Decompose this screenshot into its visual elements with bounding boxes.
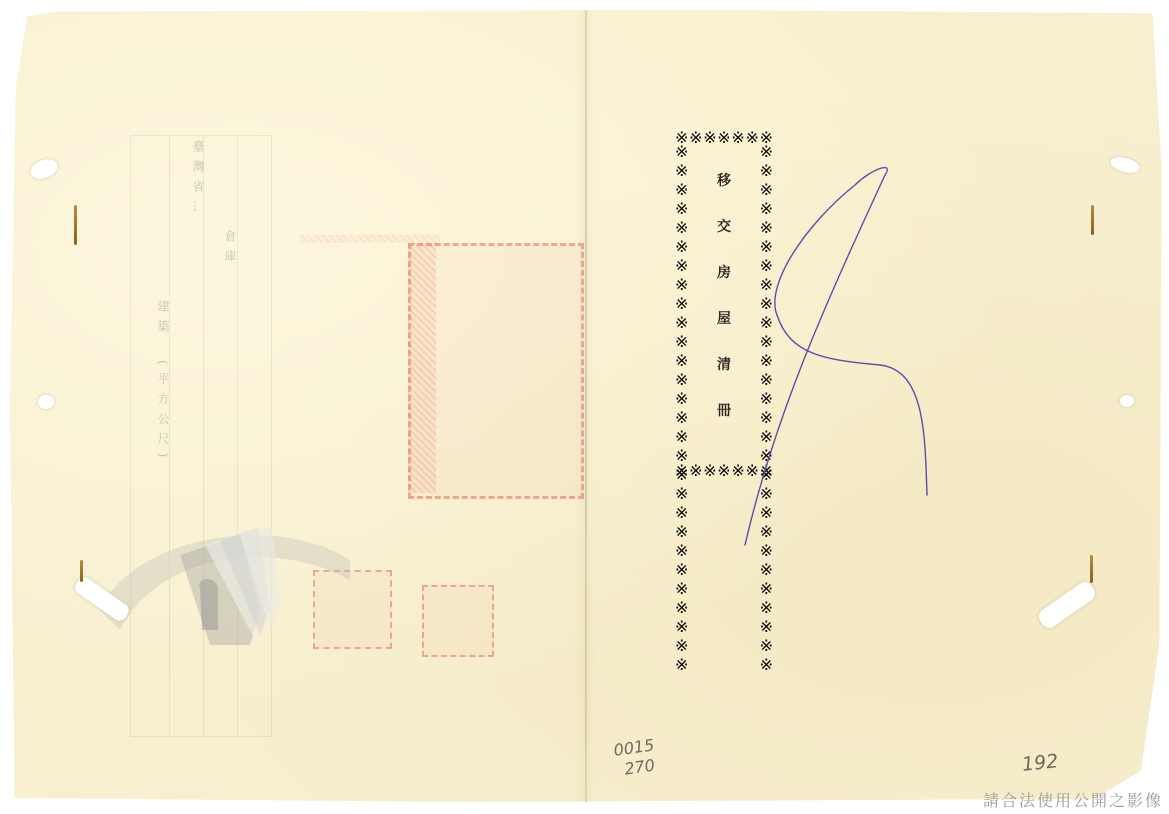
ornament-icon: ※ (760, 142, 773, 161)
title-char: 屋 (717, 308, 731, 328)
title-char: 交 (717, 216, 731, 236)
ornament-icon: ※ (760, 636, 773, 655)
red-stamp-small (422, 585, 494, 657)
ornament-icon: ※ (675, 484, 688, 503)
ornament-icon: ※ (675, 237, 688, 256)
title-char: 冊 (717, 400, 731, 420)
ornament-icon: ※ (675, 598, 688, 617)
ghost-text: 倉庫 (222, 230, 239, 270)
ornament-icon: ※ (675, 655, 688, 674)
ornament-icon: ※ (760, 579, 773, 598)
ornament-icon: ※ (731, 128, 744, 147)
ornament-icon: ※ (717, 128, 730, 147)
bleed-through-table (130, 135, 272, 737)
ornament-icon: ※ (689, 461, 702, 480)
ornament-icon: ※ (675, 560, 688, 579)
binding-tear (1120, 395, 1134, 407)
ornament-icon: ※ (675, 199, 688, 218)
title-char: 房 (717, 262, 731, 282)
ornament-icon: ※ (675, 313, 688, 332)
ornament-icon: ※ (675, 522, 688, 541)
ornament-icon: ※ (675, 218, 688, 237)
binding-rust-mark (74, 205, 77, 245)
ornament-icon: ※ (675, 465, 688, 484)
ornament-icon: ※ (675, 161, 688, 180)
ornament-icon: ※ (675, 617, 688, 636)
table-divider (237, 136, 238, 736)
ornament-icon: ※ (675, 256, 688, 275)
ghost-text: (平方公尺) (155, 360, 172, 465)
ornament-icon: ※ (675, 427, 688, 446)
ornament-icon: ※ (675, 408, 688, 427)
binding-tear (38, 395, 54, 409)
ornament-icon: ※ (745, 128, 758, 147)
ornament-icon: ※ (717, 461, 730, 480)
ornament-icon: ※ (760, 655, 773, 674)
ornament-icon: ※ (675, 503, 688, 522)
ornament-icon: ※ (675, 446, 688, 465)
handwritten-page-number: 192 (1021, 750, 1059, 776)
table-divider (203, 136, 204, 736)
ornament-icon: ※ (703, 128, 716, 147)
usage-notice: 請合法使用公開之影像 (983, 788, 1163, 811)
ornament-icon: ※ (675, 294, 688, 313)
ornament-icon: ※ (675, 142, 688, 161)
ornament-icon: ※ (760, 560, 773, 579)
ornament-icon: ※ (675, 332, 688, 351)
ornament-icon: ※ (675, 351, 688, 370)
frame-left-border: ※※※※※※※※※※※※※※※※※※※※※※※※※※※※ (675, 142, 688, 466)
pen-mark-nine (735, 165, 935, 550)
scanned-document: 臺灣省… 倉庫 建築 (平方公尺) ※※※※※※※ ※※※※※※※ ※※※※※※… (0, 0, 1169, 814)
handwritten-archive-number: 0015 270 (612, 735, 658, 780)
frame-top-border: ※※※※※※※ (675, 128, 773, 147)
ornament-icon: ※ (675, 370, 688, 389)
binding-rust-mark (1090, 555, 1093, 583)
red-stamp-band (300, 235, 440, 243)
center-fold (585, 10, 587, 802)
ornament-icon: ※ (675, 636, 688, 655)
ornament-icon: ※ (675, 180, 688, 199)
ornament-icon: ※ (675, 579, 688, 598)
ornament-icon: ※ (689, 128, 702, 147)
ornament-icon: ※ (703, 461, 716, 480)
red-stamp-band (408, 243, 436, 493)
title-char: 移 (717, 170, 731, 190)
ornament-icon: ※ (675, 541, 688, 560)
ornament-icon: ※ (760, 617, 773, 636)
ghost-text: 建築 (155, 300, 172, 340)
binding-rust-mark (1091, 205, 1094, 235)
title-char: 清 (717, 354, 731, 374)
ornament-icon: ※ (675, 389, 688, 408)
ornament-icon: ※ (760, 598, 773, 617)
ghost-text: 臺灣省… (190, 140, 207, 220)
ornament-icon: ※ (675, 275, 688, 294)
archive-watermark-logo-icon (100, 520, 360, 645)
binding-rust-mark (80, 560, 83, 582)
